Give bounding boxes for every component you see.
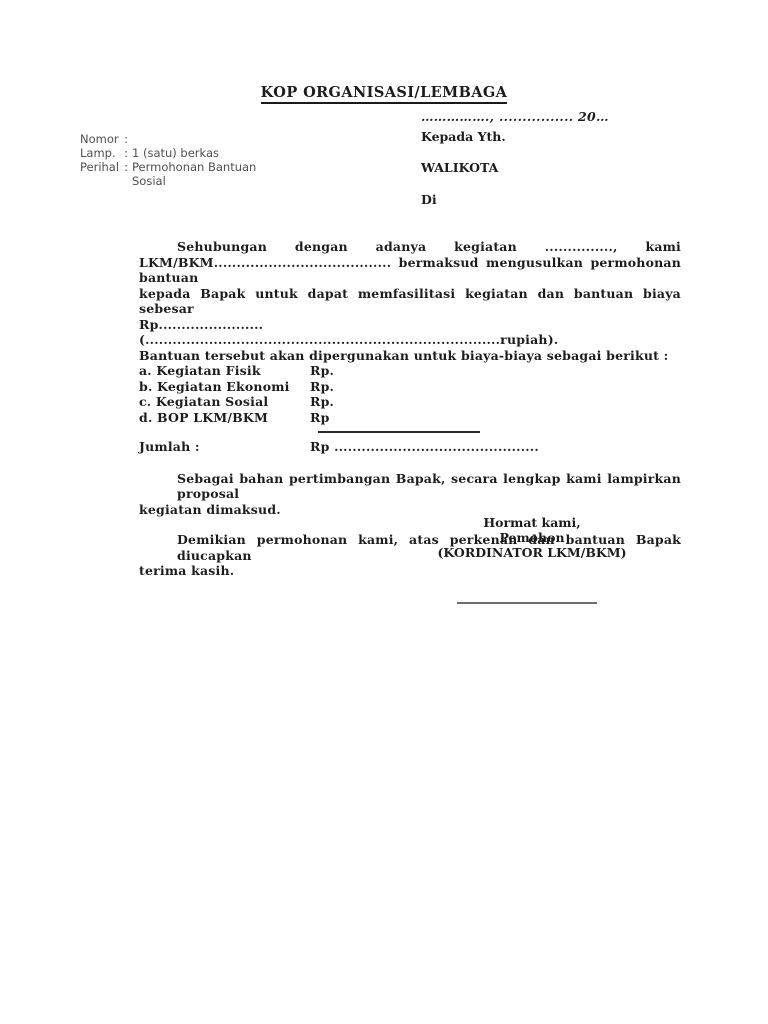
sum-divider-line [318,431,480,433]
meta-label-lamp: Lamp. [80,146,120,160]
meta-row-lamp: Lamp. : 1 (satu) berkas [80,146,256,160]
allocation-list: a. Kegiatan Fisik Rp. b. Kegiatan Ekonom… [139,363,681,455]
allocation-amount: Rp. [310,379,681,395]
meta-value-perihal-line2: Sosial [132,174,166,188]
allocation-row: d. BOP LKM/BKM Rp [139,410,681,426]
letter-header: KOP ORGANISASI/LEMBAGA [0,82,768,104]
meta-colon: : [120,132,132,146]
letter-meta-block: Nomor : Lamp. : 1 (satu) berkas Perihal … [80,132,256,188]
paragraph-1-line: LKM/BKM.................................… [139,255,681,286]
allocation-amount: Rp. [310,394,681,410]
paragraph-1-line: kepada Bapak untuk dapat memfasilitasi k… [139,286,681,317]
location-prefix: Di [421,192,691,208]
letter-page: KOP ORGANISASI/LEMBAGA Nomor : Lamp. : 1… [0,0,768,1024]
meta-row-perihal: Perihal : Permohonan Bantuan [80,160,256,174]
meta-label-spacer [80,174,120,188]
address-block: ……………., ................ 20… Kepada Yth.… [421,109,691,207]
meta-label-nomor: Nomor [80,132,120,146]
meta-colon-spacer [120,174,132,188]
allocation-intro-line: Bantuan tersebut akan dipergunakan untuk… [139,348,681,364]
meta-colon: : [120,146,132,160]
total-row: Jumlah : Rp ............................… [139,439,681,455]
signature-block: Hormat kami, Pemohon (KORDINATOR LKM/BKM… [420,515,644,560]
meta-label-perihal: Perihal [80,160,120,174]
allocation-label: d. BOP LKM/BKM [139,410,310,426]
recipient-name: WALIKOTA [421,160,691,176]
date-placeholder-line: ……………., ................ 20… [421,109,691,125]
paragraph-3-line: terima kasih. [139,563,681,579]
total-amount: Rp .....................................… [310,439,681,455]
meta-row-perihal-cont: Sosial [80,174,256,188]
allocation-row: c. Kegiatan Sosial Rp. [139,394,681,410]
meta-row-nomor: Nomor : [80,132,256,146]
signature-role: Pemohon [420,530,644,545]
allocation-row: b. Kegiatan Ekonomi Rp. [139,379,681,395]
signature-closing: Hormat kami, [420,515,644,530]
allocation-label: c. Kegiatan Sosial [139,394,310,410]
meta-value-perihal: Permohonan Bantuan [132,160,256,174]
allocation-label: a. Kegiatan Fisik [139,363,310,379]
allocation-label: b. Kegiatan Ekonomi [139,379,310,395]
allocation-row: a. Kegiatan Fisik Rp. [139,363,681,379]
paragraph-1: Sehubungan dengan adanya kegiatan ......… [139,239,681,363]
paragraph-2-line: Sebagai bahan pertimbangan Bapak, secara… [139,471,681,502]
paragraph-2: Sebagai bahan pertimbangan Bapak, secara… [139,471,681,518]
salutation: Kepada Yth. [421,129,691,145]
signature-line [457,602,597,604]
allocation-amount: Rp. [310,363,681,379]
allocation-amount: Rp [310,410,681,426]
total-label: Jumlah : [139,439,310,455]
meta-value-lamp: 1 (satu) berkas [132,146,219,160]
paragraph-1-line: Sehubungan dengan adanya kegiatan ......… [139,239,681,255]
letter-title: KOP ORGANISASI/LEMBAGA [261,84,508,104]
paragraph-1-line: Rp.......................(..............… [139,317,681,348]
meta-colon: : [120,160,132,174]
signature-title: (KORDINATOR LKM/BKM) [420,545,644,560]
